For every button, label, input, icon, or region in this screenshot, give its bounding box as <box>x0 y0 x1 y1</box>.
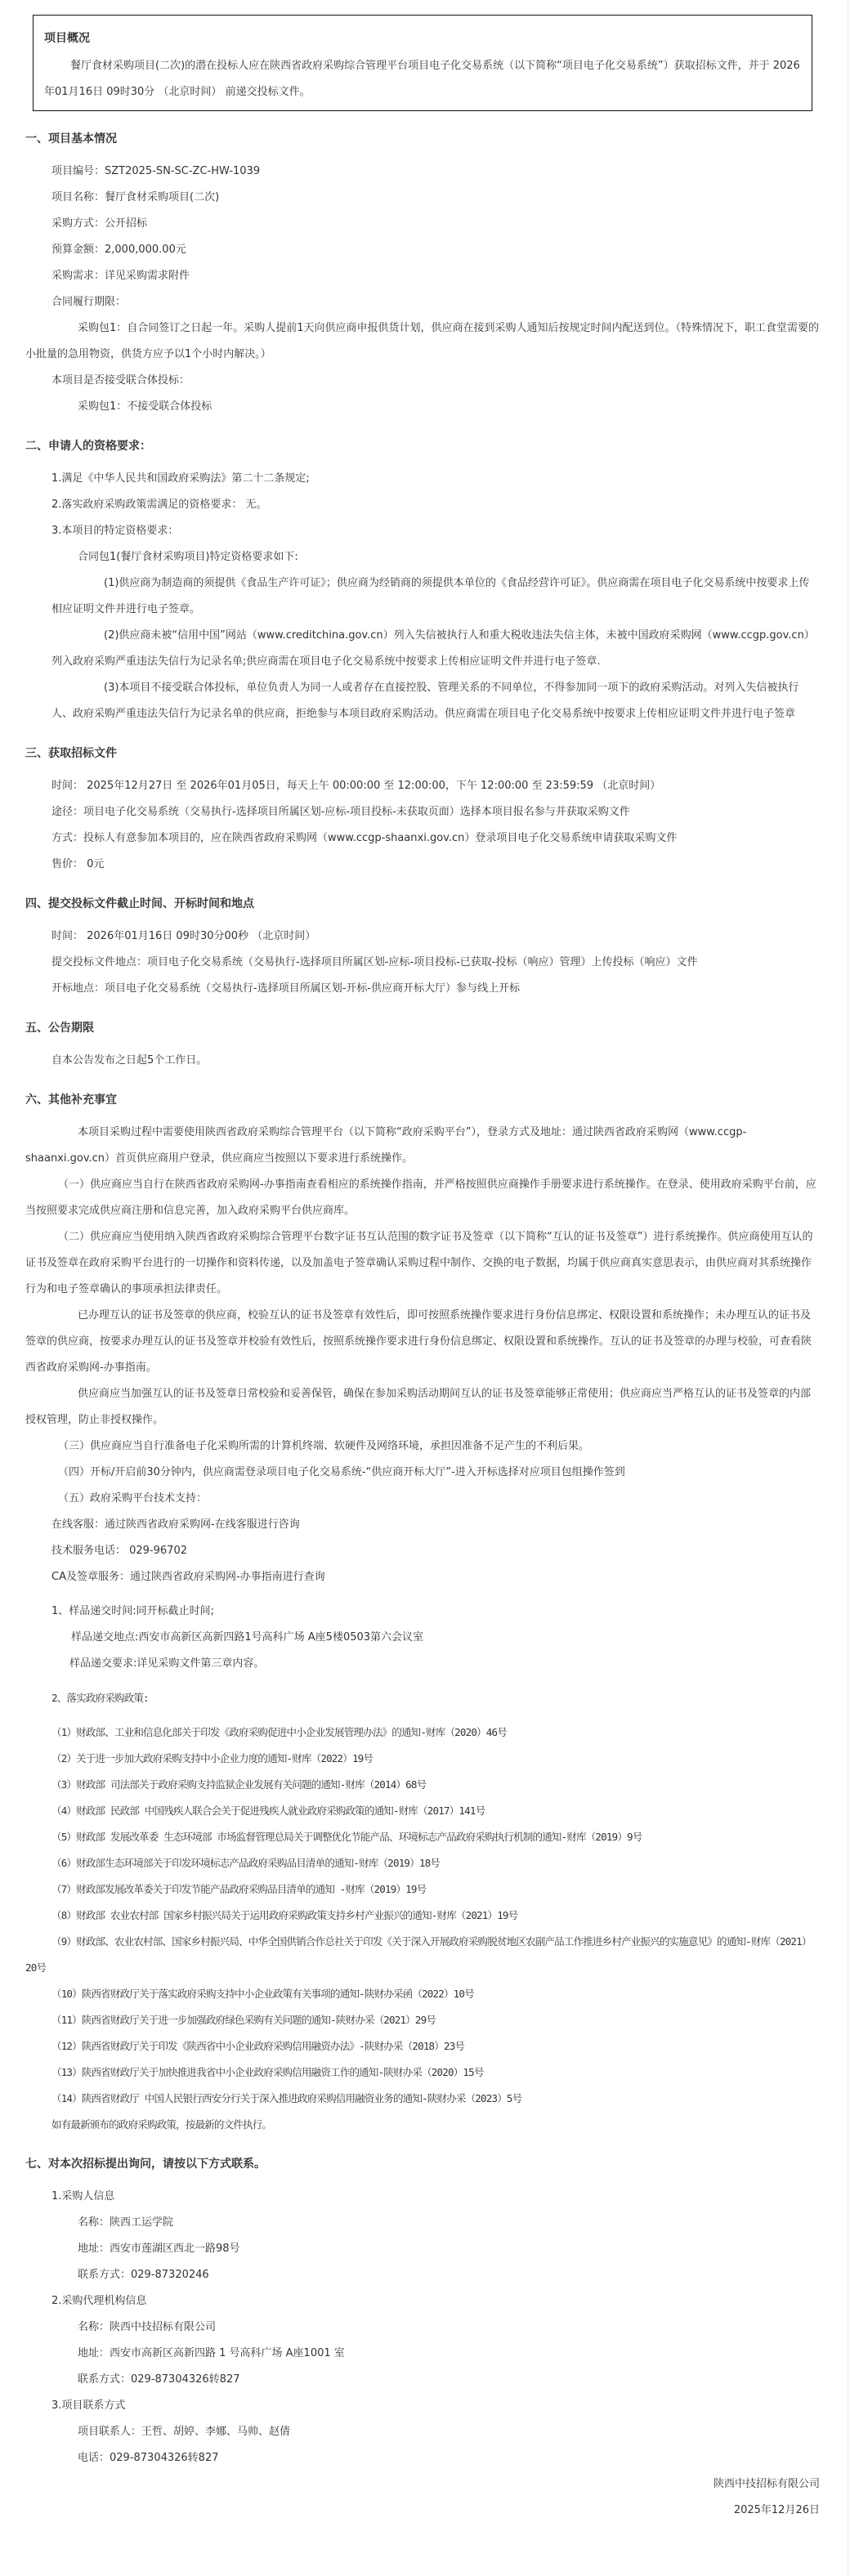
section-title: 六、其他补充事宜 <box>25 1092 820 1108</box>
sample-place: 样品递交地点:西安市高新区高新四路1号高科广场 A座5楼0503第六会议室 <box>25 1625 820 1651</box>
tech-service-phone: 技术服务电话： 029-96702 <box>25 1538 820 1564</box>
supplementary-paragraph: （四）开标/开启前30分钟内，供应商需登录项目电子化交易系统-“供应商开标大厅”… <box>25 1460 820 1486</box>
section-deadline: 四、提交投标文件截止时间、开标时间和地点 时间： 2026年01月16日 09时… <box>25 878 820 1002</box>
agency-address: 地址：西安市高新区高新四路 1 号高科广场 A座1001 室 <box>25 2341 820 2367</box>
announcement-period-text: 自本公告发布之日起5个工作日。 <box>25 1048 820 1074</box>
ca-service: CA及签章服务：通过陕西省政府采购网-办事指南进行查询 <box>25 1564 820 1590</box>
section-basic-info: 一、项目基本情况 项目编号：SZT2025-SN-SC-ZC-HW-1039 项… <box>25 123 820 420</box>
policy-item: （8）财政部 农业农村部 国家乡村振兴局关于运用政府采购政策支持乡村产业振兴的通… <box>25 1903 820 1929</box>
purchaser-name: 名称：陕西工运学院 <box>25 2210 820 2236</box>
specific-requirement: (2)供应商未被“信用中国”网站（www.creditchina.gov.cn）… <box>25 623 820 675</box>
purchaser-address: 地址：西安市莲湖区西北一路98号 <box>25 2236 820 2262</box>
policy-item: （12）陕西省财政厅关于印发《陕西省中小企业政府采购信用融资办法》-陕财办采（2… <box>25 2033 820 2059</box>
signature-block: 陕西中技招标有限公司 2025年12月26日 <box>25 2471 820 2524</box>
supplementary-paragraph: 已办理互认的证书及签章的供应商，校验互认的证书及签章有效性后，即可按照系统操作要… <box>25 1303 820 1381</box>
contract-period-label: 合同履行期限： <box>25 289 820 315</box>
policy-footer: 如有最新颁布的政府采购政策，按最新的文件执行。 <box>25 2112 820 2138</box>
supplementary-paragraph: 供应商应当加强互认的证书及签章日常校验和妥善保管，确保在参加采购活动期间互认的证… <box>25 1381 820 1433</box>
agency-contact: 联系方式：029-87304326转827 <box>25 2367 820 2393</box>
signature-date: 2025年12月26日 <box>25 2498 820 2524</box>
project-contacts: 项目联系人：王哲、胡婷、李娜、马帅、赵倩 <box>25 2419 820 2445</box>
policy-item: （6）财政部生态环境部关于印发环境标志产品政府采购品目清单的通知-财库（2019… <box>25 1850 820 1876</box>
overview-title: 项目概况 <box>44 30 802 47</box>
specific-requirement: (3)本项目不接受联合体投标，单位负责人为同一人或者存在直接控股、管理关系的不同… <box>25 675 820 727</box>
purchaser-contact: 联系方式：029-87320246 <box>25 2262 820 2288</box>
open-place: 开标地点：项目电子化交易系统（交易执行-选择项目所属区划-开标-供应商开标大厅）… <box>25 976 820 1002</box>
submit-place: 提交投标文件地点：项目电子化交易系统（交易执行-选择项目所属区划-应标-项目投标… <box>25 950 820 976</box>
section-contacts: 七、对本次招标提出询问，请按以下方式联系。 1.采购人信息 名称：陕西工运学院 … <box>25 2138 820 2471</box>
section-supplementary: 六、其他补充事宜 本项目采购过程中需要使用陕西省政府采购综合管理平台（以下简称“… <box>25 1074 820 2138</box>
qualification-item: 3.本项目的特定资格要求： <box>25 518 820 544</box>
obtain-time: 时间： 2025年12月27日 至 2026年01月05日，每天上午 00:00… <box>25 773 820 799</box>
policy-item: （2）关于进一步加大政府采购支持中小企业力度的通知-财库（2022）19号 <box>25 1746 820 1772</box>
tech-support-label: （五）政府采购平台技术支持： <box>25 1486 820 1512</box>
project-number: 项目编号：SZT2025-SN-SC-ZC-HW-1039 <box>25 159 820 185</box>
obtain-method: 方式：投标人有意参加本项目的，应在陕西省政府采购网（www.ccgp-shaan… <box>25 825 820 852</box>
project-name: 项目名称：餐厅食材采购项目(二次) <box>25 185 820 211</box>
supplementary-intro: 本项目采购过程中需要使用陕西省政府采购综合管理平台（以下简称“政府采购平台”），… <box>25 1120 820 1172</box>
obtain-route: 途径：项目电子化交易系统（交易执行-选择项目所属区划-应标-项目投标-未获取页面… <box>25 799 820 825</box>
section-obtain-documents: 三、获取招标文件 时间： 2025年12月27日 至 2026年01月05日，每… <box>25 727 820 878</box>
policy-item: （3）财政部 司法部关于政府采购支持监狱企业发展有关问题的通知-财库（2014）… <box>25 1772 820 1798</box>
policy-item: （11）陕西省财政厅关于进一步加强政府绿色采购有关问题的通知-陕财办采（2021… <box>25 2007 820 2033</box>
sample-requirement: 样品递交要求:详见采购文件第三章内容。 <box>25 1651 820 1677</box>
specific-requirement: (1)供应商为制造商的须提供《食品生产许可证》；供应商为经销商的须提供本单位的《… <box>25 570 820 623</box>
consortium-text: 采购包1：不接受联合体投标 <box>25 394 820 420</box>
procurement-demand: 采购需求：详见采购需求附件 <box>25 263 820 289</box>
policy-item: （13）陕西省财政厅关于加快推进我省中小企业政府采购信用融资工作的通知-陕财办采… <box>25 2059 820 2086</box>
section-title: 七、对本次招标提出询问，请按以下方式联系。 <box>25 2156 820 2172</box>
signature-company: 陕西中技招标有限公司 <box>25 2471 820 2498</box>
agency-info-label: 2.采购代理机构信息 <box>25 2288 820 2314</box>
policy-item: （7）财政部发展改革委关于印发节能产品政府采购品目清单的通知 -财库（2019）… <box>25 1876 820 1903</box>
section-title: 二、申请人的资格要求： <box>25 438 820 454</box>
project-contact-label: 3.项目联系方式 <box>25 2393 820 2419</box>
section-qualifications: 二、申请人的资格要求： 1.满足《中华人民共和国政府采购法》第二十二条规定; 2… <box>25 420 820 727</box>
sample-time: 1、样品递交时间:同开标截止时间; <box>25 1599 820 1625</box>
section-title: 五、公告期限 <box>25 1020 820 1036</box>
announcement-body: 一、项目基本情况 项目编号：SZT2025-SN-SC-ZC-HW-1039 项… <box>25 123 820 2524</box>
consortium-label: 本项目是否接受联合体投标： <box>25 368 820 394</box>
online-service: 在线客服：通过陕西省政府采购网-在线客服进行咨询 <box>25 1512 820 1538</box>
supplementary-paragraph: （二）供应商应当使用纳入陕西省政府采购综合管理平台数字证书互认范围的数字证书及签… <box>25 1224 820 1303</box>
project-phone: 电话：029-87304326转827 <box>25 2445 820 2471</box>
policy-item: （14）陕西省财政厅 中国人民银行西安分行关于深入推进政府采购信用融资业务的通知… <box>25 2086 820 2112</box>
policy-item: （5）财政部 发展改革委 生态环境部 市场监督管理总局关于调整优化节能产品、环境… <box>25 1824 820 1850</box>
document-price: 售价： 0元 <box>25 852 820 878</box>
policy-item: （10）陕西省财政厅关于落实政府采购支持中小企业政策有关事项的通知-陕财办采函（… <box>25 1981 820 2007</box>
procurement-method: 采购方式：公开招标 <box>25 211 820 237</box>
purchaser-info-label: 1.采购人信息 <box>25 2184 820 2210</box>
supplementary-paragraph: （一）供应商应当自行在陕西省政府采购网-办事指南查看相应的系统操作指南，并严格按… <box>25 1172 820 1224</box>
qualification-item: 1.满足《中华人民共和国政府采购法》第二十二条规定; <box>25 466 820 492</box>
budget-amount: 预算金额：2,000,000.00元 <box>25 237 820 263</box>
contract-period-text: 采购包1：自合同签订之日起一年。采购人提前1天向供应商申报供货计划，供应商在接到… <box>25 315 820 368</box>
policy-item: （4）财政部 民政部 中国残疾人联合会关于促进残疾人就业政府采购政策的通知-财库… <box>25 1798 820 1824</box>
section-title: 三、获取招标文件 <box>25 745 820 762</box>
section-title: 四、提交投标文件截止时间、开标时间和地点 <box>25 896 820 912</box>
policy-item: （9）财政部、农业农村部、国家乡村振兴局、中华全国供销合作总社关于印发《关于深入… <box>25 1929 820 1981</box>
qualification-item: 2.落实政府采购政策需满足的资格要求： 无。 <box>25 492 820 518</box>
deadline-time: 时间： 2026年01月16日 09时30分00秒 （北京时间） <box>25 924 820 950</box>
policy-title: 2、落实政府采购政策: <box>25 1685 820 1711</box>
policy-item: （1）财政部、工业和信息化部关于印发《政府采购促进中小企业发展管理办法》的通知-… <box>25 1720 820 1746</box>
section-announcement-period: 五、公告期限 自本公告发布之日起5个工作日。 <box>25 1002 820 1074</box>
page-edge-divider <box>848 0 848 2576</box>
package-requirement-label: 合同包1(餐厅食材采购项目)特定资格要求如下: <box>25 544 820 570</box>
section-title: 一、项目基本情况 <box>25 131 820 147</box>
agency-name: 名称：陕西中技招标有限公司 <box>25 2314 820 2341</box>
project-overview-box: 项目概况 餐厅食材采购项目(二次)的潜在投标人应在陕西省政府采购综合管理平台项目… <box>33 15 812 111</box>
overview-text: 餐厅食材采购项目(二次)的潜在投标人应在陕西省政府采购综合管理平台项目电子化交易… <box>44 53 802 105</box>
supplementary-paragraph: （三）供应商应当自行准备电子化采购所需的计算机终端、软硬件及网络环境，承担因准备… <box>25 1433 820 1460</box>
